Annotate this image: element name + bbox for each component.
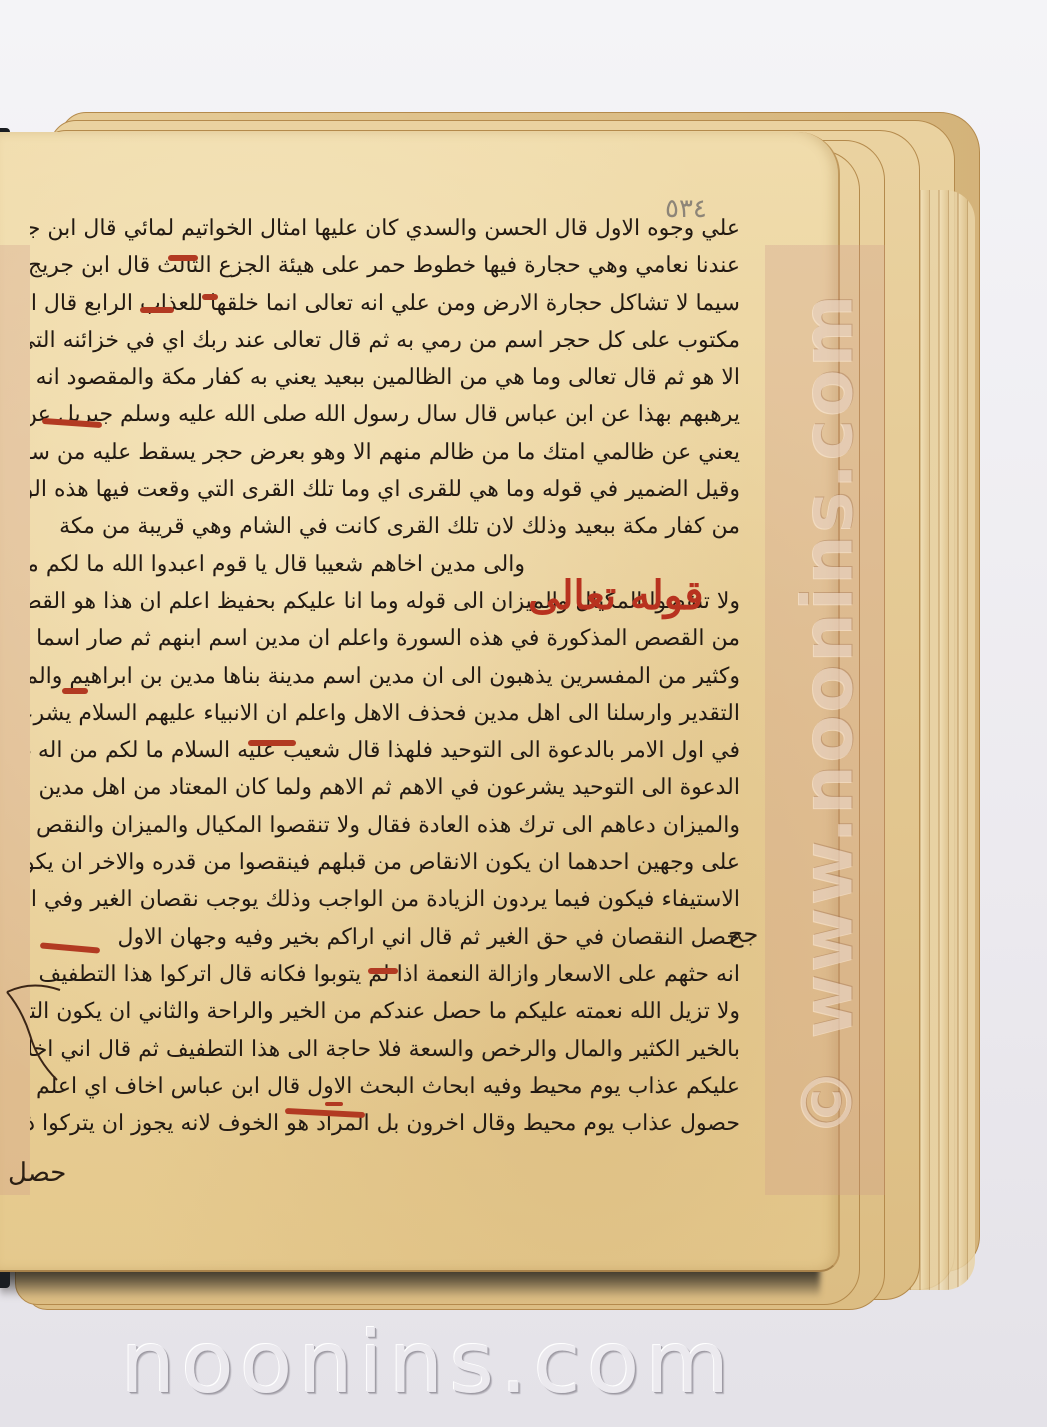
text-line: الا هو ثم قال تعالى وما هي من الظالمين ب… xyxy=(30,359,740,396)
manuscript-photo: © www.noonins.com ٥٣٤ علي وجوه الاول قال… xyxy=(0,0,1047,1427)
text-line: ولا تزيل الله نعمته عليكم ما حصل عندكم م… xyxy=(30,993,740,1030)
text-line: عليكم عذاب يوم محيط وفيه ابحاث البحث الا… xyxy=(30,1068,740,1105)
rubric-overline xyxy=(168,255,198,261)
text-line: على وجهين احدهما ان يكون الانقاص من قبله… xyxy=(30,844,740,881)
rubric-overline xyxy=(202,294,218,300)
text-line: بالخير الكثير والمال والرخص والسعة فلا ح… xyxy=(30,1031,740,1068)
rubric-heading: قوله تعالى xyxy=(528,572,704,619)
text-line: وقيل الضمير في قوله وما هي للقرى اي وما … xyxy=(30,471,740,508)
text-line: يعني عن ظالمي امتك ما من ظالم منهم الا و… xyxy=(30,434,740,471)
rubric-overline xyxy=(368,968,398,974)
margin-note: جح xyxy=(728,920,758,948)
rubric-overline xyxy=(140,307,174,313)
text-line: يرهبهم بهذا عن ابن عباس قال سال رسول الل… xyxy=(30,396,740,433)
text-line: الدعوة الى التوحيد يشرعون في الاهم ثم ال… xyxy=(30,769,740,806)
margin-note: حصل xyxy=(8,1158,66,1188)
rubric-overline xyxy=(62,688,88,694)
text-line: والميزان دعاهم الى ترك هذه العادة فقال و… xyxy=(30,807,740,844)
text-line: حصول عذاب يوم محيط وقال اخرون بل المراد … xyxy=(30,1105,740,1142)
text-line: وكثير من المفسرين يذهبون الى ان مدين اسم… xyxy=(30,658,740,695)
text-line: عندنا نعامي وهي حجارة فيها خطوط حمر على … xyxy=(30,247,740,284)
text-line: علي وجوه الاول قال الحسن والسدي كان عليه… xyxy=(30,210,740,247)
watermark-bottom: noonins.com xyxy=(108,1318,748,1408)
rubric-overline xyxy=(325,1102,343,1106)
text-line: التقدير وارسلنا الى اهل مدين فحذف الاهل … xyxy=(30,695,740,732)
margin-bracket-mark xyxy=(2,980,62,1090)
rubric-overline xyxy=(248,740,296,746)
text-line: حصل النقصان في حق الغير ثم قال اني اراكم… xyxy=(30,919,740,956)
text-line: من القصص المذكورة في هذه السورة واعلم ان… xyxy=(30,620,740,657)
text-line: من كفار مكة ببعيد وذلك لان تلك القرى كان… xyxy=(30,508,740,545)
text-line: سيما لا تشاكل حجارة الارض ومن علي انه تع… xyxy=(30,285,740,322)
text-line: الاستيفاء فيكون فيما يردون الزيادة من ال… xyxy=(30,881,740,918)
text-line: انه حثهم على الاسعار وازالة النعمة اذا ل… xyxy=(30,956,740,993)
text-line: مكتوب على كل حجر اسم من رمي به ثم قال تع… xyxy=(30,322,740,359)
text-line: في اول الامر بالدعوة الى التوحيد فلهذا ق… xyxy=(30,732,740,769)
watermark-vertical: © www.noonins.com xyxy=(772,240,882,1190)
manuscript-text: علي وجوه الاول قال الحسن والسدي كان عليه… xyxy=(30,210,740,1142)
